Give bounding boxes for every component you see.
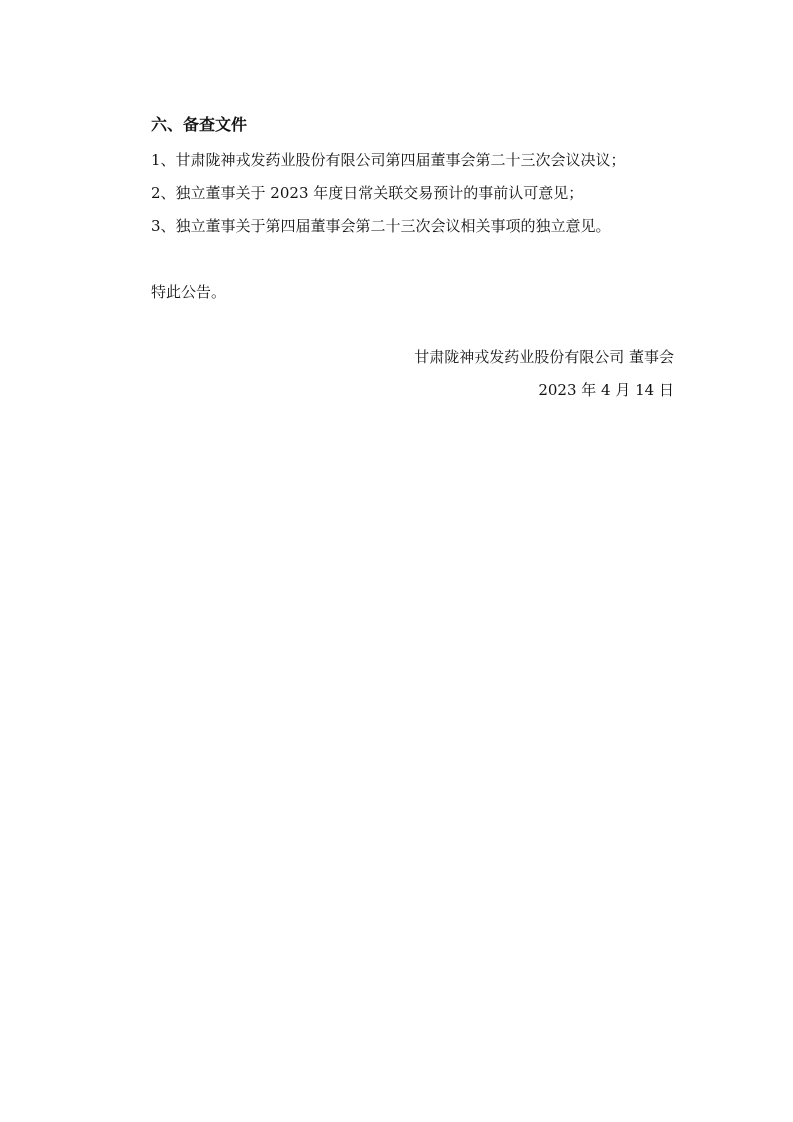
signature-date: 2023 年 4 月 14 日 [538, 380, 674, 400]
reference-item-2: 2、独立董事关于 2023 年度日常关联交易预计的事前认可意见； [151, 183, 583, 203]
reference-item-3: 3、独立董事关于第四届董事会第二十三次会议相关事项的独立意见。 [151, 216, 611, 236]
closing-statement: 特此公告。 [151, 282, 226, 302]
signature-organization: 甘肃陇神戎发药业股份有限公司 董事会 [414, 347, 674, 367]
section-heading: 六、备查文件 [151, 115, 247, 135]
reference-item-1: 1、甘肃陇神戎发药业股份有限公司第四届董事会第二十三次会议决议； [151, 150, 626, 170]
